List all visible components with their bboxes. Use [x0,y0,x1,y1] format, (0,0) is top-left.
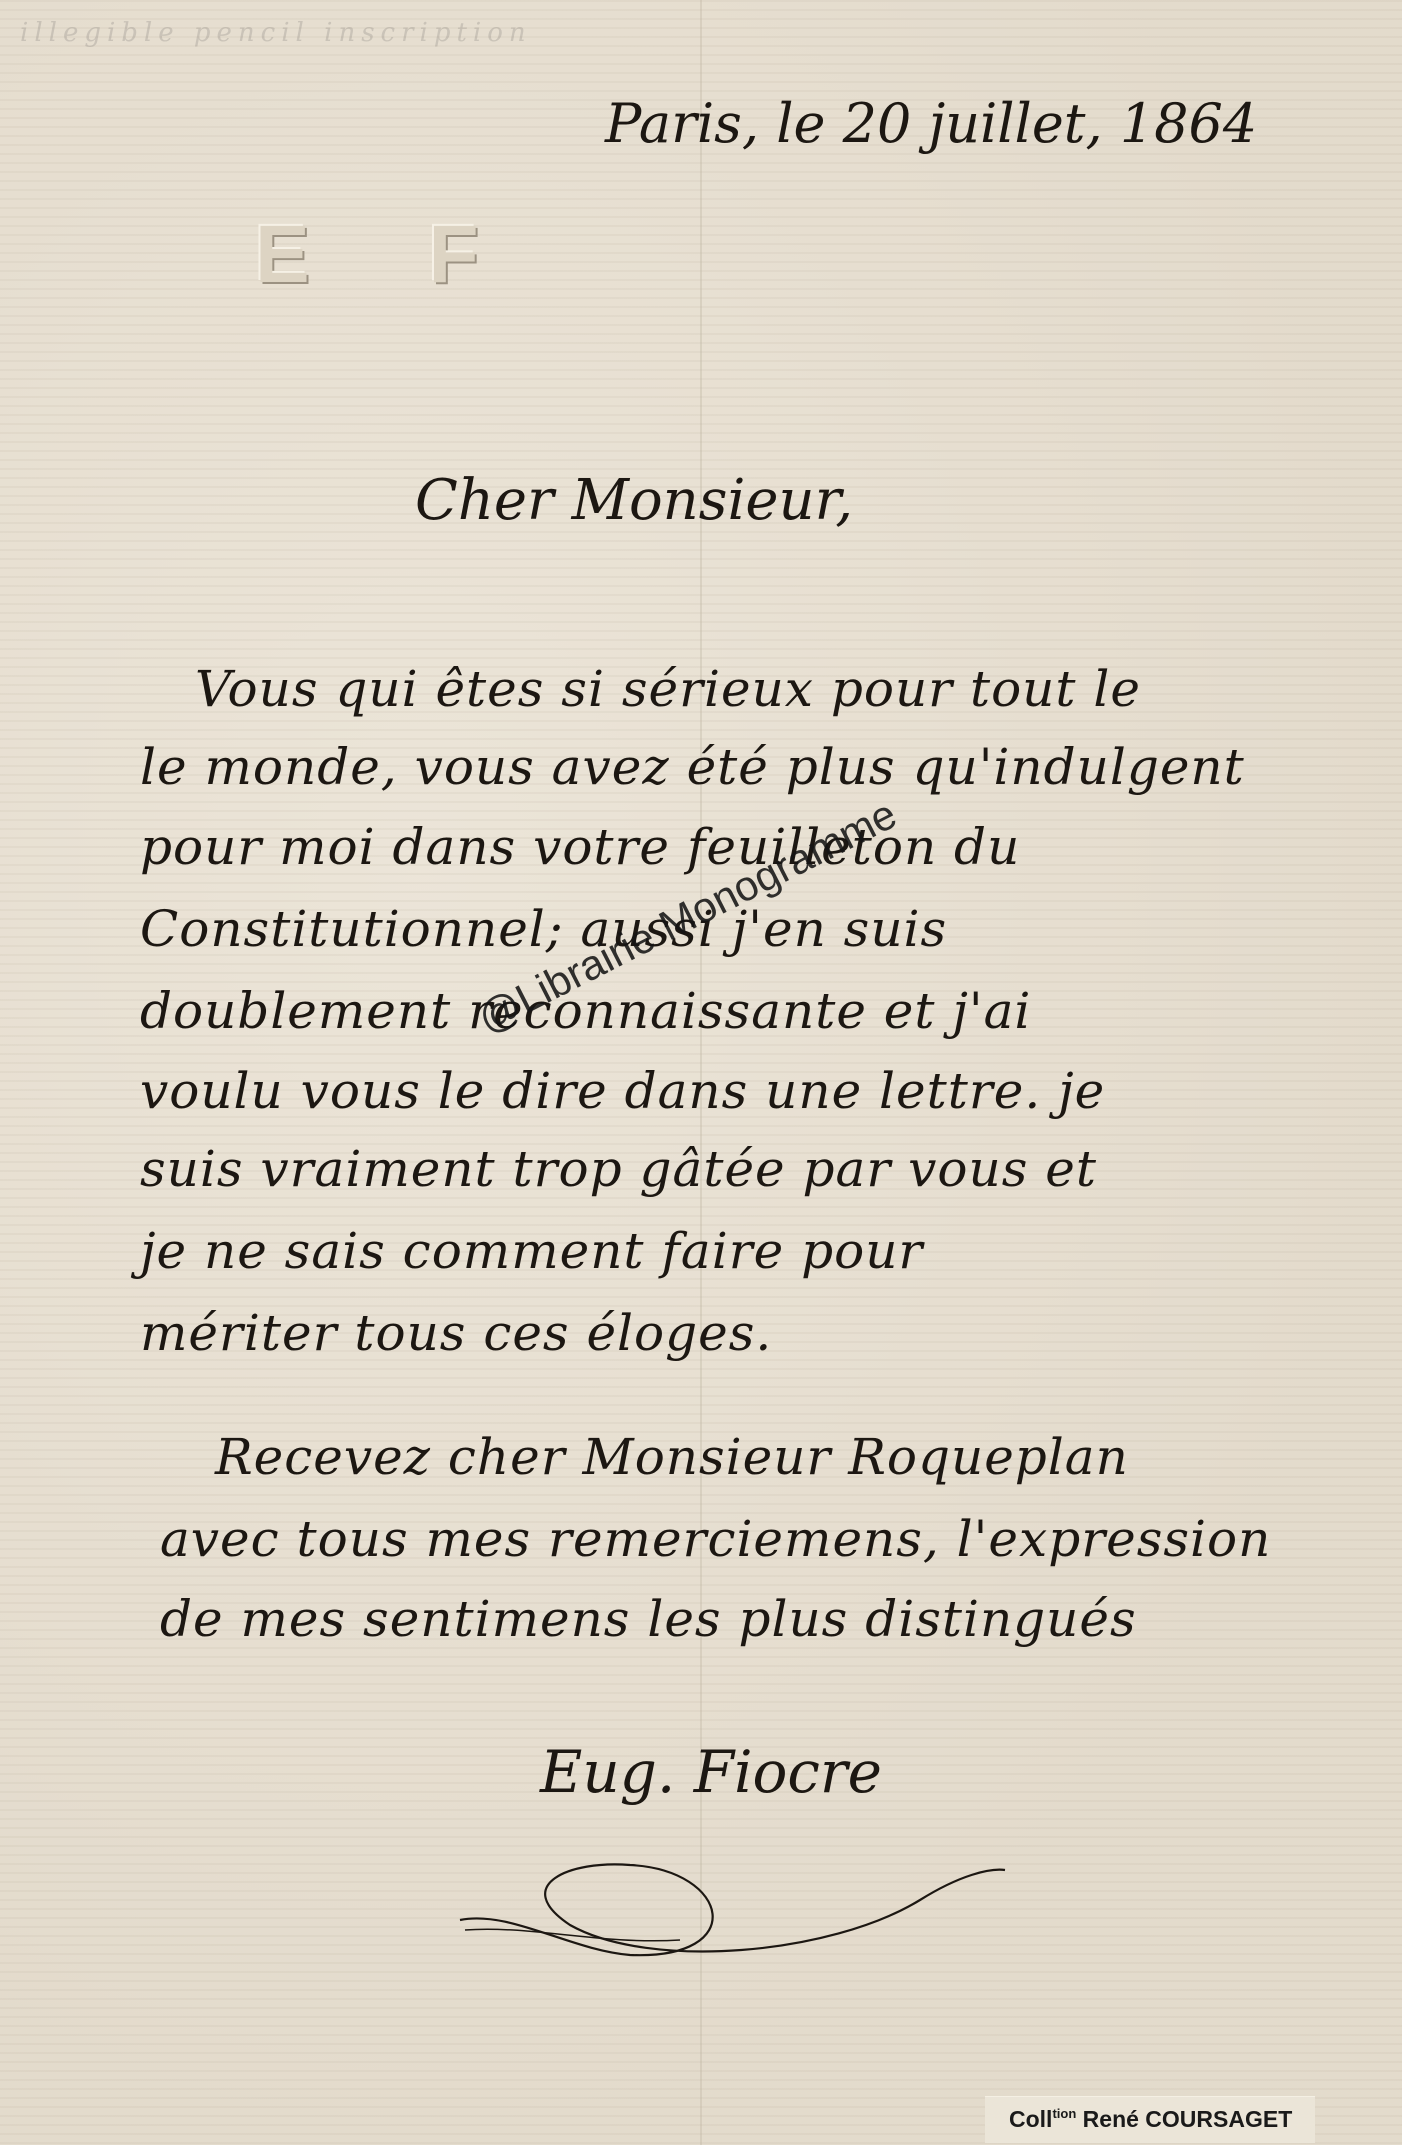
collection-prefix: Coll [1009,2106,1052,2132]
body-line: mériter tous ces éloges. [140,1304,772,1362]
salutation: Cher Monsieur, [415,468,853,533]
date-line: Paris, le 20 juillet, 1864 [605,92,1257,155]
body-line: Constitutionnel; aussi j'en suis [140,900,947,958]
closing-line: avec tous mes remerciemens, l'expression [160,1510,1271,1568]
body-line: je ne sais comment faire pour [140,1222,923,1280]
embossed-monogram: E F [255,208,527,302]
body-line: Vous qui êtes si sérieux pour tout le [195,660,1141,718]
body-line: le monde, vous avez été plus qu'indulgen… [140,738,1245,796]
body-line: voulu vous le dire dans une lettre. je [140,1062,1105,1120]
closing-line: de mes sentimens les plus distingués [160,1590,1137,1648]
pencil-note: illegible pencil inscription [20,18,440,48]
collection-superscript: tion [1052,2106,1076,2121]
signature-flourish-icon [450,1830,1010,1980]
body-line: suis vraiment trop gâtée par vous et [140,1140,1097,1198]
signature: Eug. Fiocre [540,1738,882,1806]
collection-label: Colltion René COURSAGET [985,2097,1315,2143]
collection-name: René COURSAGET [1083,2106,1293,2132]
collection-label-text: Colltion René COURSAGET [1009,2106,1292,2133]
closing-line: Recevez cher Monsieur Roqueplan [215,1428,1129,1486]
